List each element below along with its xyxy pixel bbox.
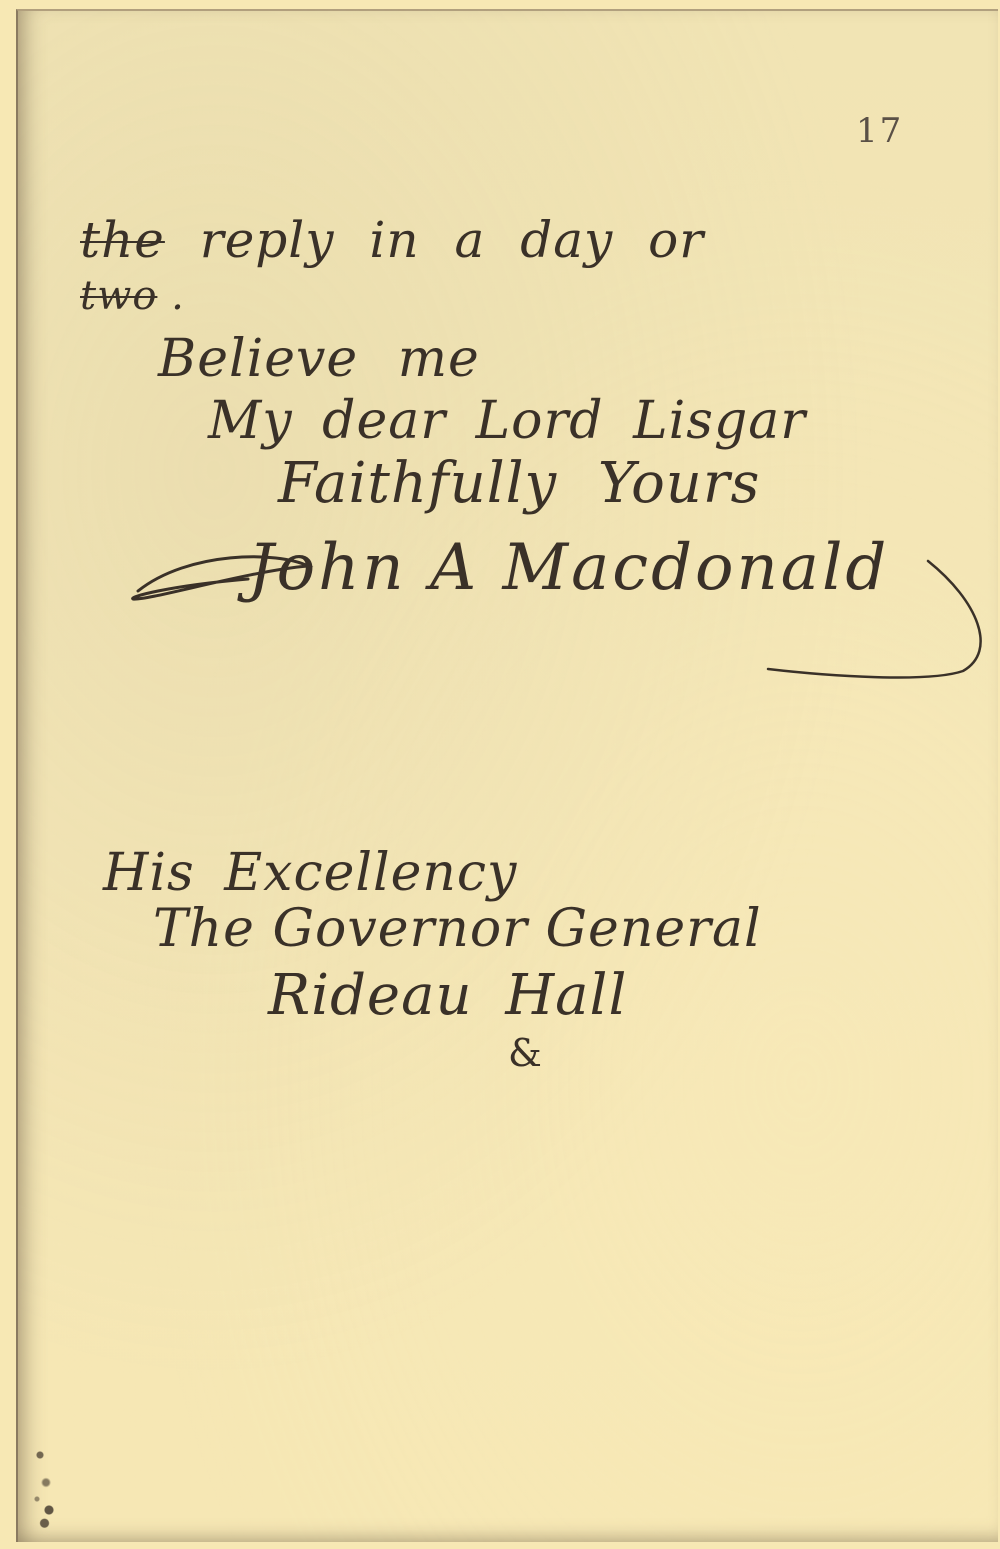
struck-word: two	[80, 273, 157, 319]
addressee-line-3: Rideau Hall	[268, 963, 627, 1028]
body-line-2: two .	[80, 273, 185, 319]
body-line-1-text: reply in a day or	[200, 211, 704, 269]
letter-page: 17 the reply in a day or two . Believe m…	[16, 9, 998, 1542]
body-line-2-text: .	[171, 273, 185, 319]
body-line-1: the reply in a day or	[80, 211, 704, 269]
closing-line-1: Believe me	[158, 329, 480, 389]
closing-line-3: Faithfully Yours	[278, 451, 760, 516]
addressee-line-2: The Governor General	[153, 899, 762, 959]
page-number: 17	[856, 111, 903, 151]
signature: John A Macdonald	[248, 531, 889, 605]
struck-word: the	[80, 211, 165, 269]
closing-line-2: My dear Lord Lisgar	[208, 391, 806, 451]
ampersand-mark: &	[508, 1031, 543, 1075]
addressee-line-1: His Excellency	[103, 843, 517, 903]
